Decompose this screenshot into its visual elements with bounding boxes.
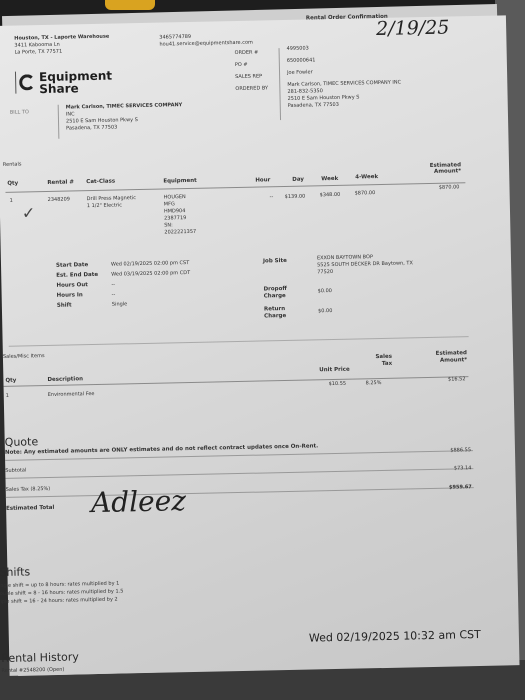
quote-title: Quote <box>5 435 39 449</box>
bill-to-label: BILL TO <box>10 109 29 116</box>
misc-col-sales-1: Sales <box>368 354 392 361</box>
return-charge: $0.00 <box>318 308 332 315</box>
rentals-header-rule <box>5 182 465 193</box>
hours-out: -- <box>111 282 115 289</box>
misc-description: Environmental Fee <box>48 391 95 399</box>
misc-col-unit-price: Unit Price <box>319 367 350 374</box>
bill-to-name: Mark Carlson, TIMEC SERVICES COMPANY <box>66 102 183 111</box>
dropoff-charge: $0.00 <box>318 288 332 295</box>
job-site-line-2: 5525 SOUTH DECKER DR Baytown, TX <box>317 260 413 269</box>
branch-name: Houston, TX - Laporte Warehouse <box>14 34 109 43</box>
ordered-by-label: ORDERED BY <box>235 85 268 93</box>
col-equipment: Equipment <box>163 178 197 185</box>
shift-label: Shift <box>57 302 72 308</box>
dropoff-label-1: Dropoff <box>264 286 287 292</box>
misc-qty: 1 <box>6 393 9 400</box>
start-date: Wed 02/19/2025 02:00 pm CST <box>111 260 189 269</box>
rate-day: $139.00 <box>285 194 306 201</box>
rate-4-week: $870.00 <box>355 190 376 197</box>
col-estimated-amount: Estimated Amount* <box>417 162 461 175</box>
misc-estimated-amount: $16.52 <box>423 376 465 384</box>
order-number: 4995003 <box>286 45 308 52</box>
equipment-line: 2387719 <box>164 215 186 222</box>
rate-week: $348.00 <box>320 192 341 199</box>
quote-rule-2 <box>5 468 473 479</box>
quote-value-2: $73.14 <box>425 465 471 473</box>
order-info-divider <box>279 48 282 120</box>
misc-col-sales-2: Tax <box>368 361 392 368</box>
logo-divider <box>15 72 16 94</box>
cat-class-line-2: 1 1/2" Electric <box>87 202 122 210</box>
bill-to-address-2: Pasadena, TX 77503 <box>66 124 117 132</box>
end-date: Wed 03/19/2025 02:00 pm CDT <box>111 270 190 279</box>
hours-in-label: Hours In <box>57 292 83 299</box>
po-label: PO # <box>235 62 248 69</box>
return-label-1: Return <box>264 306 285 312</box>
estimated-total-label: Estimated Total <box>6 505 54 512</box>
sales-tax-label: Sales Tax (8.25%) <box>6 486 51 494</box>
equipment-line: 2022221357 <box>164 229 196 237</box>
rentals-section-label: Rentals <box>3 161 22 168</box>
branch-address-2: La Porte, TX 77571 <box>14 49 62 57</box>
misc-col-estimated-1: Estimated <box>423 350 467 357</box>
quote-value-3: $959.67 <box>426 484 472 492</box>
printed-timestamp: Wed 02/19/2025 10:32 am CST <box>309 628 481 645</box>
sales-rep-label: SALES REP <box>235 73 262 81</box>
rental-history-title: Rental History <box>1 650 79 665</box>
misc-col-qty: Qty <box>5 378 16 384</box>
signature: Adleez <box>91 484 187 519</box>
col-4-week: 4-Week <box>355 174 378 180</box>
job-site-line-3: 77520 <box>317 269 333 276</box>
col-day: Day <box>292 177 304 183</box>
sales-rep: Joe Fowler <box>287 69 313 77</box>
rental-number: 2348209 <box>48 196 70 203</box>
col-hour: Hour <box>255 177 270 183</box>
ordered-by-address-2: Pasadena, TX 77503 <box>288 102 339 110</box>
end-date-label: Est. End Date <box>56 272 98 279</box>
ordered-by-name: Mark Carlson, TIMEC SERVICES COMPANY INC <box>287 80 401 89</box>
logo-line-2: Share <box>39 82 79 95</box>
handwritten-date: 2/19/25 <box>376 17 450 41</box>
col-qty: Qty <box>7 181 18 187</box>
quote-rule-3 <box>6 487 474 498</box>
rental-order-document: 2/19/25 Rental Order Confirmation Housto… <box>0 15 520 676</box>
rate-hour: -- <box>270 194 274 201</box>
start-date-label: Start Date <box>56 262 88 269</box>
col-cat-class: Cat-Class <box>86 179 115 186</box>
subtotal-label: Subtotal <box>5 467 26 474</box>
misc-col-description: Description <box>47 376 83 383</box>
rental-history-line: Rental #2548200 (Open) <box>1 667 64 675</box>
job-site-label: Job Site <box>263 258 287 264</box>
dropoff-label-2: Charge <box>264 293 286 299</box>
misc-sales-tax: 8.25% <box>366 380 382 387</box>
col-rental-number: Rental # <box>47 179 74 186</box>
rental-qty: 1 <box>10 198 13 205</box>
order-label: ORDER # <box>235 50 259 57</box>
col-week: Week <box>321 176 338 182</box>
sales-misc-section-label: Sales/Misc Items <box>3 353 45 361</box>
branch-email[interactable]: hou41.service@equipmentshare.com <box>159 40 253 49</box>
equipmentshare-logo-icon <box>19 74 35 90</box>
quote-value-1: $886.55 <box>425 447 471 455</box>
rental-estimated-amount: $870.00 <box>419 184 459 192</box>
return-label-2: Charge <box>264 313 286 319</box>
po-number: 650000641 <box>287 57 316 65</box>
background-object <box>105 0 155 10</box>
bill-to-divider <box>58 105 60 139</box>
shift-rule-triple: Triple shift = 16 - 24 hours: rates mult… <box>0 597 118 607</box>
hours-in: -- <box>112 292 116 299</box>
misc-unit-price: $10.55 <box>329 381 347 388</box>
rentals-bottom-rule <box>9 336 469 347</box>
shift-value: Single <box>112 301 128 308</box>
misc-col-estimated-2: Amount* <box>423 357 467 364</box>
checkmark-icon: ✓ <box>22 203 36 222</box>
hours-out-label: Hours Out <box>56 282 88 289</box>
shifts-title: Shifts <box>0 565 30 579</box>
